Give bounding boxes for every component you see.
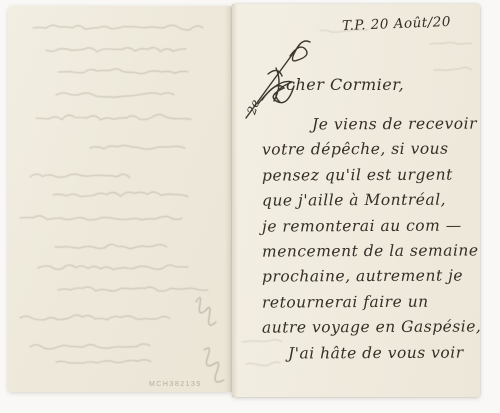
letter-page-left: MCH382135 [8,6,232,392]
letter-line: votre dépêche, si vous [262,137,478,164]
letter-line: autre voyage en Gaspésie, [262,315,478,342]
letter-line: que j'aille à Montréal, [262,188,478,215]
letter-line: je remonterai au com — [262,213,478,240]
letter-line: prochaine, autrement je [262,264,478,291]
letter-page-right: T.P. 20 Août/20 2e cher Cormier, Je vien… [232,4,480,397]
bleed-through-handwriting [8,6,232,392]
scanned-letter: MCH382135 T.P. 20 Août/20 2e cher Cormie… [0,0,500,413]
letter-body: Je viens de recevoir votre dépêche, si v… [262,112,478,366]
letter-line: retournerai faire un [262,289,478,316]
salutation: cher Cormier, [286,75,404,94]
letter-line: pensez qu'il est urgent [262,162,478,189]
letter-line: J'ai hâte de vous voir [288,340,478,366]
dateline: T.P. 20 Août/20 [342,14,451,34]
letter-line: Je viens de recevoir [312,112,478,138]
letter-line: mencement de la semaine [262,238,478,265]
archive-mark: MCH382135 [149,381,202,388]
